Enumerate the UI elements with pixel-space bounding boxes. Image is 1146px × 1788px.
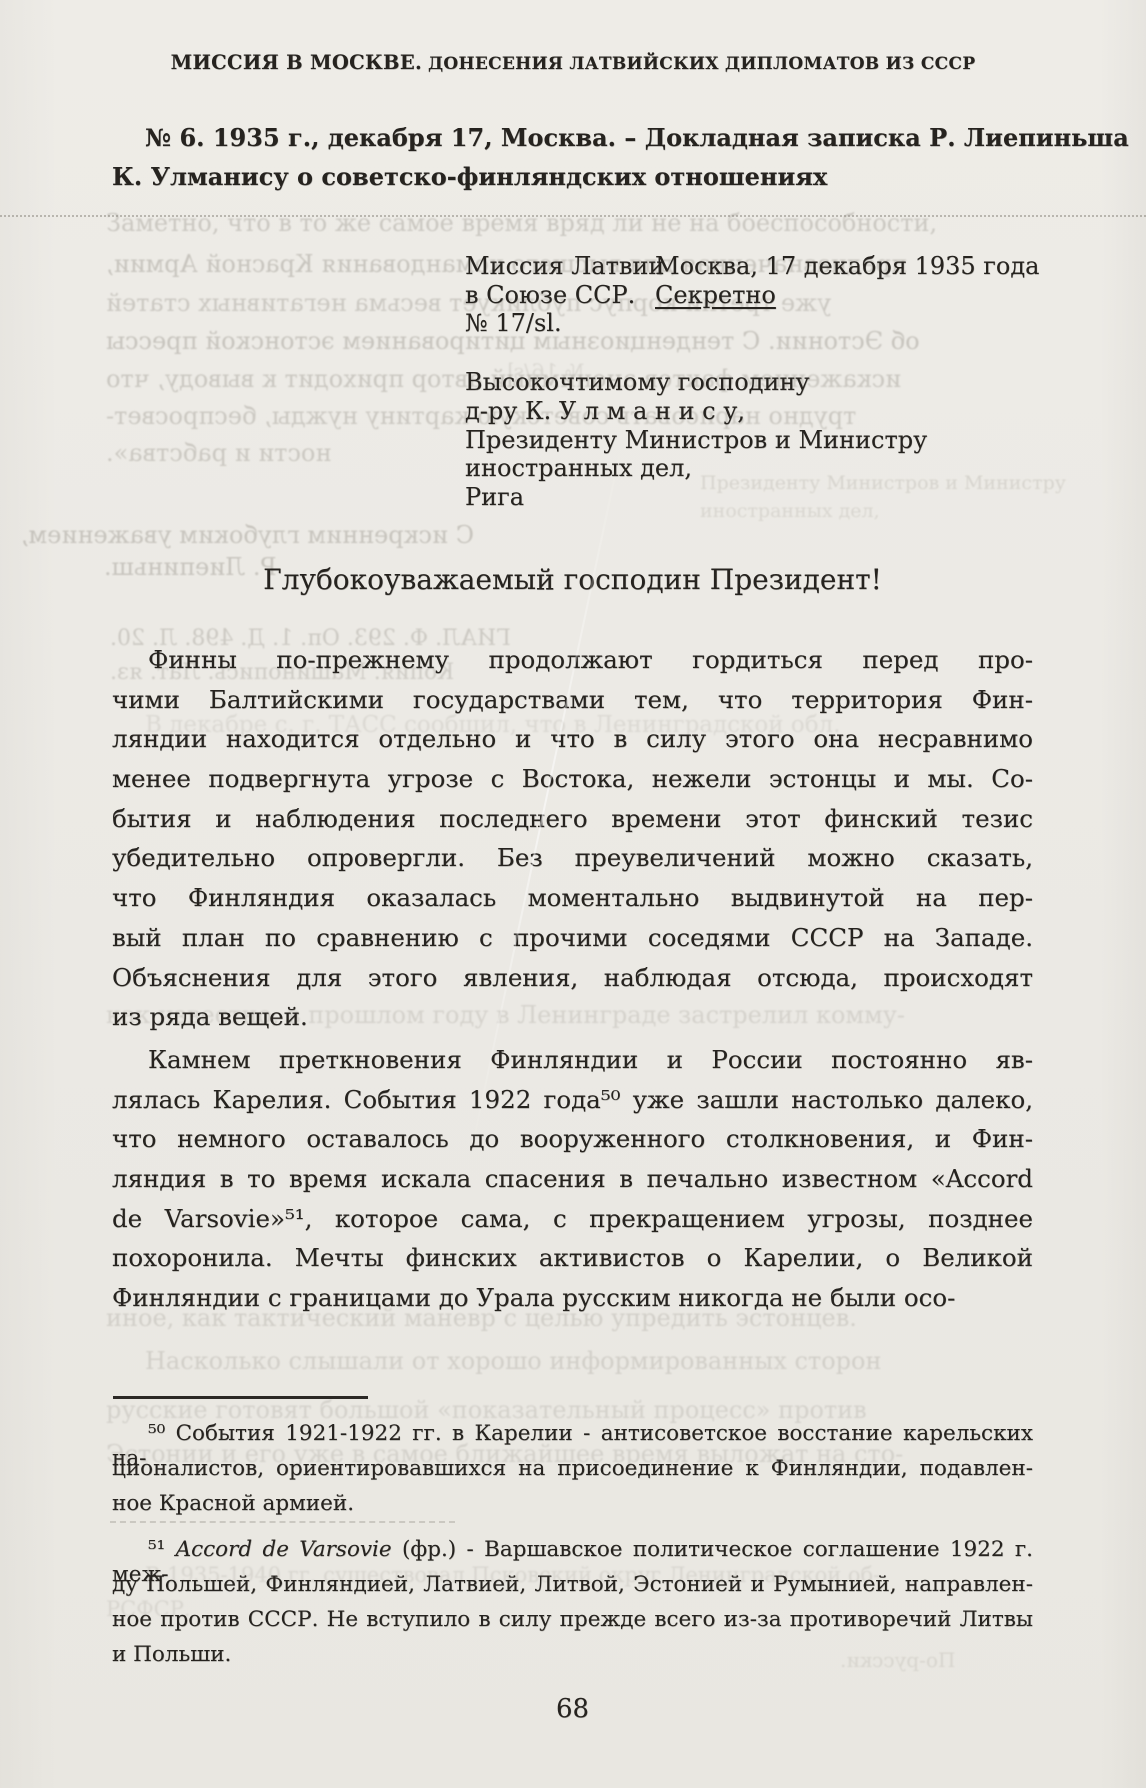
footnote-51: ⁵¹ Accord de Varsovie (фр.) - Варшавское… — [112, 1537, 1033, 1677]
text-line: чими Балтийскими государствами тем, что … — [112, 685, 1033, 725]
text-line: ционалистов, ориентировавшихся на присое… — [112, 1456, 1033, 1491]
sender-block: Миссия Латвиив Союзе ССР.№ 17/sl. — [465, 252, 650, 338]
text-line: Камнем преткновения Финляндии и России п… — [112, 1045, 1033, 1085]
text-line: что Финляндия оказалась моментально выдв… — [112, 883, 1033, 923]
text-line: лялась Карелия. События 1922 года⁵⁰ уже … — [112, 1085, 1033, 1125]
dateline: Москва, 17 декабря 1935 года — [655, 252, 1055, 281]
text-line: и Польши. — [112, 1642, 1033, 1677]
running-head-primary: МИССИЯ В МОСКВЕ. — [171, 51, 423, 74]
text-line: № 17/sl. — [465, 309, 650, 338]
bleedthrough-text: Заметно, что в то же самое время вряд ли… — [106, 209, 1146, 237]
text-line: Объяснения для этого явления, наблюдая о… — [112, 963, 1033, 1003]
text-line: de Varsovie»⁵¹, которое сама, с прекраще… — [112, 1204, 1033, 1244]
text-line: иностранных дел, — [465, 454, 895, 483]
text-line: ⁵¹ Accord de Varsovie (фр.) - Варшавское… — [112, 1537, 1033, 1572]
text-line: бытия и наблюдения последнего времени эт… — [112, 804, 1033, 844]
text-line: ду Польшей, Финляндией, Латвией, Литвой,… — [112, 1572, 1033, 1607]
bleedthrough-text: С искренним глубоким уважением, — [104, 521, 474, 549]
text-line: Президенту Министров и Министру — [465, 426, 895, 455]
body-paragraph-2: Камнем преткновения Финляндии и России п… — [112, 1045, 1033, 1323]
recipient-block: Высокочтимому господинуд-ру К. У л м а н… — [465, 368, 895, 512]
text-line: похоронила. Мечты финских активистов о К… — [112, 1243, 1033, 1283]
text-line: Финляндии с границами до Урала русским н… — [112, 1283, 1033, 1323]
bleedthrough-text: русские готовят большой «показательный п… — [106, 1396, 1041, 1424]
text-line: ляндия в то время искала спасения в печа… — [112, 1164, 1033, 1204]
bleedthrough-text: Насколько слышали от хорошо информирован… — [145, 1347, 1045, 1375]
bleedthrough-rule — [110, 1521, 455, 1523]
text-line: ляндии находится отдельно и что в силу э… — [112, 724, 1033, 764]
text-line: убедительно опровергли. Без преувеличени… — [112, 843, 1033, 883]
text-line: д-ру К. У л м а н и с у, — [465, 397, 895, 426]
scanned-book-page: Заметно, что в то же самое время вряд ли… — [0, 0, 1146, 1788]
text-line: К. Улманису о советско-финляндских отнош… — [112, 157, 1122, 196]
text-line: Финны по-прежнему продолжают гордиться п… — [112, 645, 1033, 685]
document-title: № 6. 1935 г., декабря 17, Москва. – Докл… — [112, 118, 1122, 196]
footnote-separator — [113, 1396, 368, 1399]
text-line: Высокочтимому господину — [465, 368, 895, 397]
text-line: менее подвергнута угрозе с Востока, неже… — [112, 764, 1033, 804]
running-head: МИССИЯ В МОСКВЕ. ДОНЕСЕНИЯ ЛАТВИЙСКИХ ДИ… — [56, 51, 1090, 74]
body-paragraph-1: Финны по-прежнему продолжают гордиться п… — [112, 645, 1033, 1042]
secrecy-stamp: Секретно — [655, 281, 1055, 310]
text-line: что немного оставалось до вооруженного с… — [112, 1124, 1033, 1164]
text-line: из ряда вещей. — [112, 1002, 1033, 1042]
footnote-50: ⁵⁰ События 1921-1922 гг. в Карелии - ант… — [112, 1421, 1033, 1526]
running-head-secondary: ДОНЕСЕНИЯ ЛАТВИЙСКИХ ДИПЛОМАТОВ ИЗ СССР — [428, 54, 975, 74]
text-line: в Союзе ССР. — [465, 281, 650, 310]
text-line: вый план по сравнению с прочими соседями… — [112, 923, 1033, 963]
text-line: Миссия Латвии — [465, 252, 650, 281]
page-number: 68 — [112, 1694, 1033, 1724]
salutation: Глубокоуважаемый господин Президент! — [112, 563, 1033, 596]
date-block: Москва, 17 декабря 1935 года Секретно — [655, 252, 1055, 309]
text-line: Рига — [465, 483, 895, 512]
text-line: ⁵⁰ События 1921-1922 гг. в Карелии - ант… — [112, 1421, 1033, 1456]
dotted-separator — [0, 215, 1146, 217]
text-line: ное против СССР. Не вступило в силу преж… — [112, 1607, 1033, 1642]
text-line: № 6. 1935 г., декабря 17, Москва. – Докл… — [112, 118, 1122, 157]
